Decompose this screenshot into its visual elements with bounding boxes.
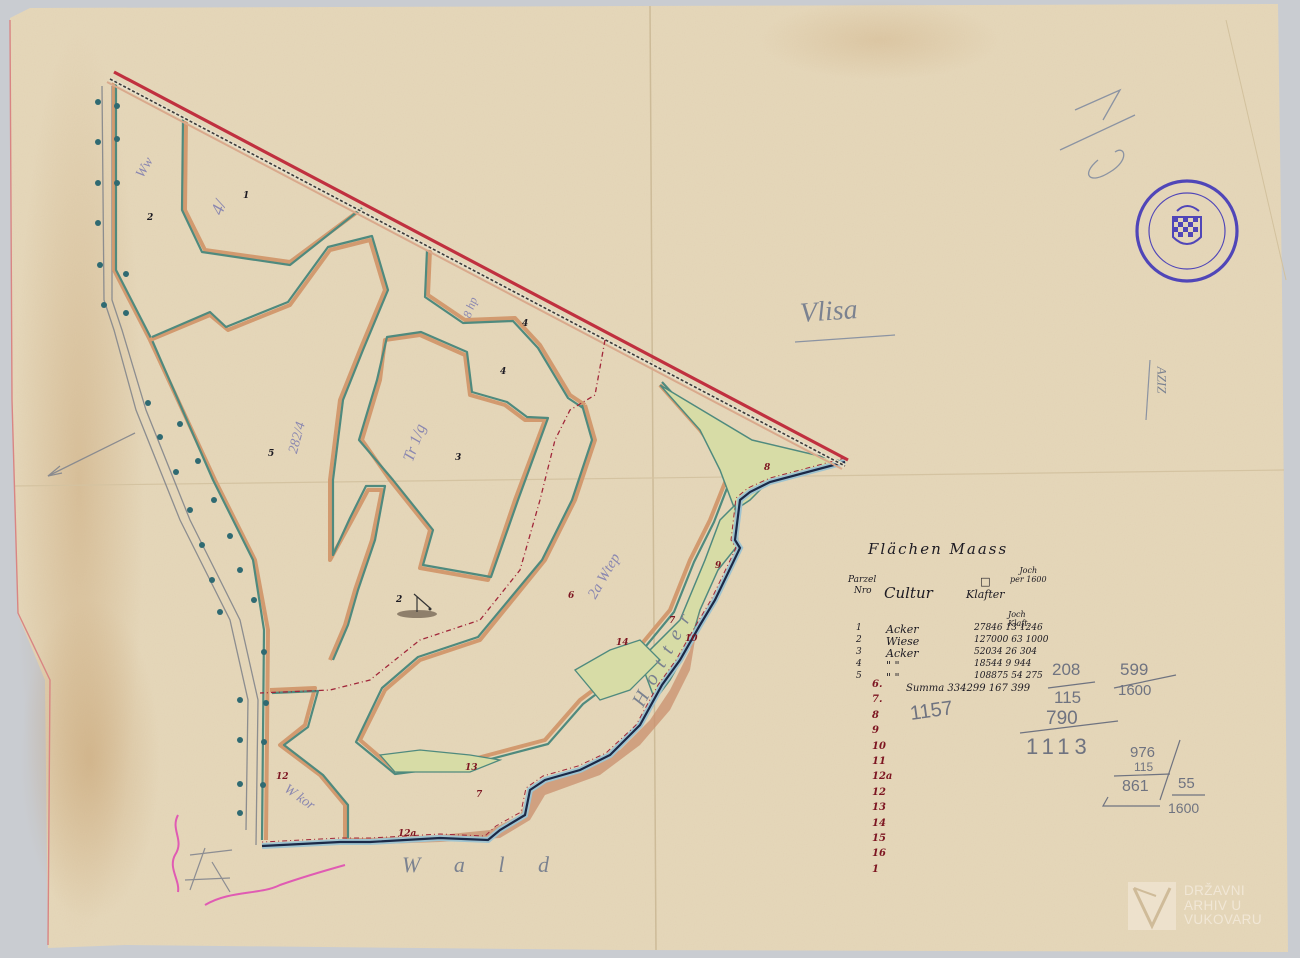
calc-d-den: 1600 (1168, 800, 1199, 816)
parcel-label: 5 (268, 449, 274, 459)
pencil-margin-note: AZIZ (1153, 367, 1169, 394)
unfilled-parcel-number: 12a (872, 769, 892, 784)
unfilled-parcel-number: 15 (872, 831, 892, 846)
parcel-label: 6 (568, 591, 574, 601)
parcel-label: 4 (522, 319, 528, 329)
calc-b-den: 1600 (1118, 682, 1151, 699)
unfilled-parcel-number: 6. (872, 677, 892, 692)
unfilled-parcel-number: 11 (872, 754, 892, 769)
logo-line-2: ARHIV U (1184, 899, 1262, 914)
logo-line-1: DRŽAVNI (1184, 884, 1262, 899)
unfilled-parcel-number: 9 (872, 723, 892, 738)
parcel-label: 7 (476, 790, 482, 800)
unfilled-parcel-number: 1 (872, 862, 892, 877)
calc-a-mid: 115 (1054, 688, 1081, 708)
summa-row: Summa 334299 167 399 (906, 683, 1030, 694)
unfilled-parcel-number: 8 (872, 708, 892, 723)
calc-d-top: 976 (1130, 744, 1155, 761)
header-cultur: Cultur (884, 584, 933, 602)
unfilled-parcel-number: 7. (872, 692, 892, 707)
pencil-bottom-note: W a l d (402, 852, 563, 878)
calc-d-mid: 115 (1134, 760, 1153, 774)
calc-d-bottom: 861 (1122, 778, 1149, 796)
parcel-label: 2 (396, 595, 402, 605)
unfilled-parcel-numbers: 6.7.89101112a12131415161 (872, 677, 892, 877)
unfilled-parcel-number: 14 (872, 816, 892, 831)
calc-d-frac: 55 (1178, 775, 1195, 792)
logo-line-3: VUKOVARU (1184, 913, 1262, 928)
header-klafter: □ Klafter (966, 575, 1005, 601)
parcel-label: 4 (500, 367, 506, 377)
parcel-label: 8 (764, 463, 770, 473)
parcel-label: 1 (243, 191, 249, 201)
parcel-label: 9 (715, 561, 721, 571)
calc-a-bottom: 790 (1046, 708, 1078, 730)
unfilled-parcel-number: 13 (872, 800, 892, 815)
pencil-place-name: Vlisa (799, 294, 859, 330)
header-parzel: Parzel Nro (848, 575, 876, 597)
parcel-label: 3 (455, 453, 461, 463)
calc-b-num: 599 (1120, 660, 1148, 680)
calc-a-result: 1113 (1026, 734, 1092, 760)
calc-a-top: 208 (1052, 660, 1080, 680)
header-joch: Joch per 1600 (1010, 566, 1047, 584)
parcel-label: 14 (616, 638, 629, 648)
parcel-label: 12 (276, 772, 289, 782)
parcel-label: 2 (147, 213, 153, 223)
parcel-label: 13 (465, 763, 478, 773)
archive-logo-icon (1128, 882, 1176, 930)
parcel-label: 12a (398, 829, 416, 839)
unfilled-parcel-number: 16 (872, 846, 892, 861)
archive-logo: DRŽAVNI ARHIV U VUKOVARU (1128, 882, 1262, 930)
map-sheet (0, 0, 1300, 958)
table-title: Flächen Maass (868, 540, 1008, 558)
unfilled-parcel-number: 12 (872, 785, 892, 800)
unfilled-parcel-number: 10 (872, 739, 892, 754)
